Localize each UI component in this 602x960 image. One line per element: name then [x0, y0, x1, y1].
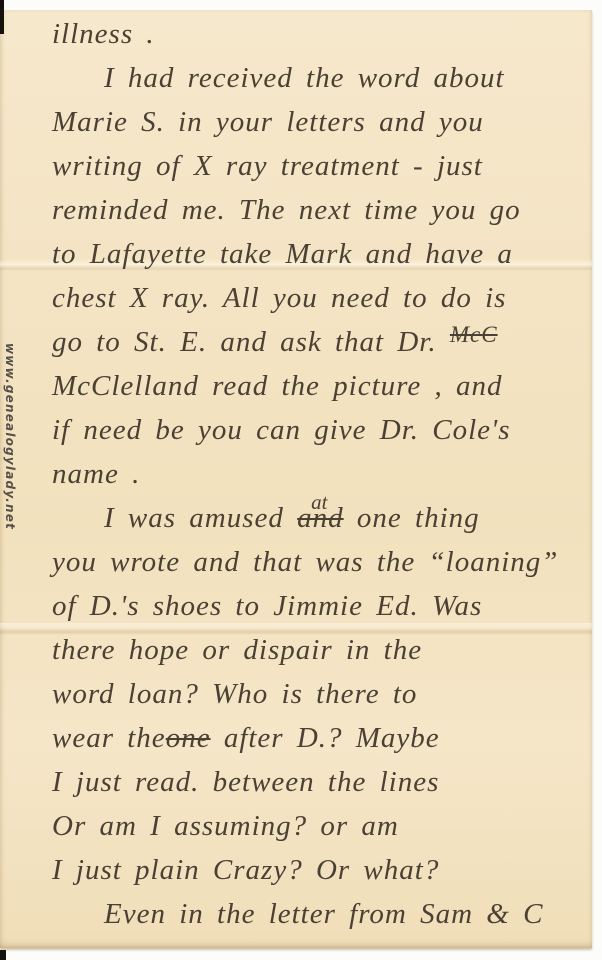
letter-line: I had received the word about	[0, 62, 592, 106]
letter-paper: www.genealogylady.net illness .I had rec…	[0, 10, 592, 948]
letter-line: of D.'s shoes to Jimmie Ed. Was	[0, 590, 592, 634]
struck-word: one	[166, 722, 211, 754]
corrected-word: andat	[297, 502, 344, 535]
letter-line: illness .	[0, 18, 592, 62]
letter-line: Or am I assuming? or am	[0, 810, 592, 854]
handwritten-text: illness .	[52, 18, 155, 50]
handwritten-text: go to St. E. and ask that Dr.	[52, 326, 450, 358]
letter-line: to Lafayette take Mark and have a	[0, 238, 592, 282]
handwritten-text: there hope or dispair in the	[52, 634, 422, 666]
handwritten-text: name .	[52, 458, 140, 490]
struck-word: McC	[450, 322, 498, 348]
letter-line: I just plain Crazy? Or what?	[0, 854, 592, 898]
handwritten-text: I was amused	[104, 502, 297, 534]
handwritten-text: writing of X ray treatment - just	[52, 150, 483, 182]
letter-line: Even in the letter from Sam & C	[0, 898, 592, 942]
handwritten-text: I just read. between the lines	[52, 766, 439, 798]
handwritten-text: word loan? Who is there to	[52, 678, 417, 710]
handwritten-text: McClelland read the picture , and	[52, 370, 503, 402]
handwritten-text: Or am I assuming? or am	[52, 810, 399, 842]
handwritten-text: after D.? Maybe	[211, 722, 440, 754]
letter-line: Marie S. in your letters and you	[0, 106, 592, 150]
letter-line: McClelland read the picture , and	[0, 370, 592, 414]
handwritten-text: I had received the word about	[104, 62, 505, 94]
letter-body: illness .I had received the word aboutMa…	[0, 18, 592, 942]
handwritten-text: to Lafayette take Mark and have a	[52, 238, 513, 270]
handwritten-text: Even in the letter from Sam & C	[104, 898, 543, 930]
letter-line: I just read. between the lines	[0, 766, 592, 810]
letter-line: I was amused andat one thing	[0, 502, 592, 546]
handwritten-text: Marie S. in your letters and you	[52, 106, 484, 138]
letter-line: wear theone after D.? Maybe	[0, 722, 592, 766]
letter-line: go to St. E. and ask that Dr. McC	[0, 326, 592, 370]
inserted-word: at	[311, 490, 327, 515]
scanner-edge-artifact	[0, 0, 4, 34]
handwritten-text: if need be you can give Dr. Cole's	[52, 414, 511, 446]
letter-line: writing of X ray treatment - just	[0, 150, 592, 194]
handwritten-text: I just plain Crazy? Or what?	[52, 854, 439, 886]
handwritten-text: reminded me. The next time you go	[52, 194, 521, 226]
letter-line: name .	[0, 458, 592, 502]
letter-line: there hope or dispair in the	[0, 634, 592, 678]
handwritten-text: you wrote and that was the “loaning”	[52, 546, 558, 578]
scanner-edge-artifact	[0, 950, 6, 960]
letter-line: if need be you can give Dr. Cole's	[0, 414, 592, 458]
letter-line: chest X ray. All you need to do is	[0, 282, 592, 326]
handwritten-text: chest X ray. All you need to do is	[52, 282, 506, 314]
scanned-letter-page: www.genealogylady.net illness .I had rec…	[0, 0, 602, 960]
letter-line: reminded me. The next time you go	[0, 194, 592, 238]
letter-line: word loan? Who is there to	[0, 678, 592, 722]
handwritten-text: of D.'s shoes to Jimmie Ed. Was	[52, 590, 482, 622]
handwritten-text: one thing	[344, 502, 480, 534]
letter-line: you wrote and that was the “loaning”	[0, 546, 592, 590]
handwritten-text: wear the	[52, 722, 166, 754]
